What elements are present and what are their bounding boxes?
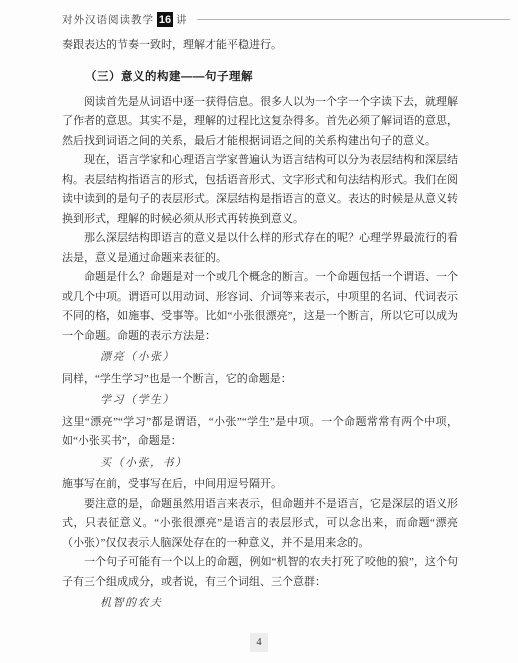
example-line: 买（小张，书） bbox=[100, 454, 458, 474]
lecture-suffix: 讲 bbox=[176, 12, 188, 27]
paragraph: 要注意的是，命题虽然用语言来表示，但命题并不是语言，它是深层的语义形式，只表征意… bbox=[62, 495, 458, 554]
book-title: 对外汉语阅读教学 bbox=[62, 12, 154, 27]
example-line: 机智的农夫 bbox=[100, 594, 458, 614]
section-heading: （三）意义的构建——句子理解 bbox=[85, 68, 458, 84]
header-rule bbox=[197, 19, 511, 20]
continuation-paragraph: 奏跟表达的节奏一致时，理解才能平稳进行。 bbox=[62, 36, 458, 56]
lecture-number-badge: 16 bbox=[157, 12, 173, 27]
example-line: 学习（学生） bbox=[100, 391, 458, 411]
paragraph: 阅读首先是从词语中逐一获得信息。很多人以为一个字一个字读下去，就理解了作者的意思… bbox=[62, 93, 458, 152]
continuation-paragraph: 这里“漂亮”“学习”都是谓语，“小张”“学生”是中项。一个命题常常有两个中项，如… bbox=[62, 413, 458, 452]
continuation-paragraph: 施事写在前，受事写在后，中间用逗号隔开。 bbox=[62, 475, 458, 495]
page-footer: 4 bbox=[0, 633, 518, 652]
page-body: 奏跟表达的节奏一致时，理解才能平稳进行。 （三）意义的构建——句子理解 阅读首先… bbox=[0, 28, 518, 614]
book-page: 对外汉语阅读教学 16 讲 奏跟表达的节奏一致时，理解才能平稳进行。 （三）意义… bbox=[0, 0, 518, 663]
page-number: 4 bbox=[250, 633, 268, 652]
example-line: 漂亮（小张） bbox=[100, 348, 458, 368]
paragraph: 现在，语言学家和心理语言学家普遍认为语言结构可以分为表层结构和深层结构。表层结构… bbox=[62, 151, 458, 229]
running-header: 对外汉语阅读教学 16 讲 bbox=[0, 0, 518, 28]
paragraph: 一个句子可能有一个以上的命题，例如“机智的农夫打死了咬他的狼”，这个句子有三个组… bbox=[62, 553, 458, 592]
paragraph: 命题是什么？命题是对一个或几个概念的断言。一个命题包括一个谓语、一个或几个中项。… bbox=[62, 268, 458, 346]
paragraph: 那么深层结构即语言的意义是以什么样的形式存在的呢？心理学界最流行的看法是，意义是… bbox=[62, 229, 458, 268]
continuation-paragraph: 同样，“学生学习”也是一个断言，它的命题是： bbox=[62, 370, 458, 390]
